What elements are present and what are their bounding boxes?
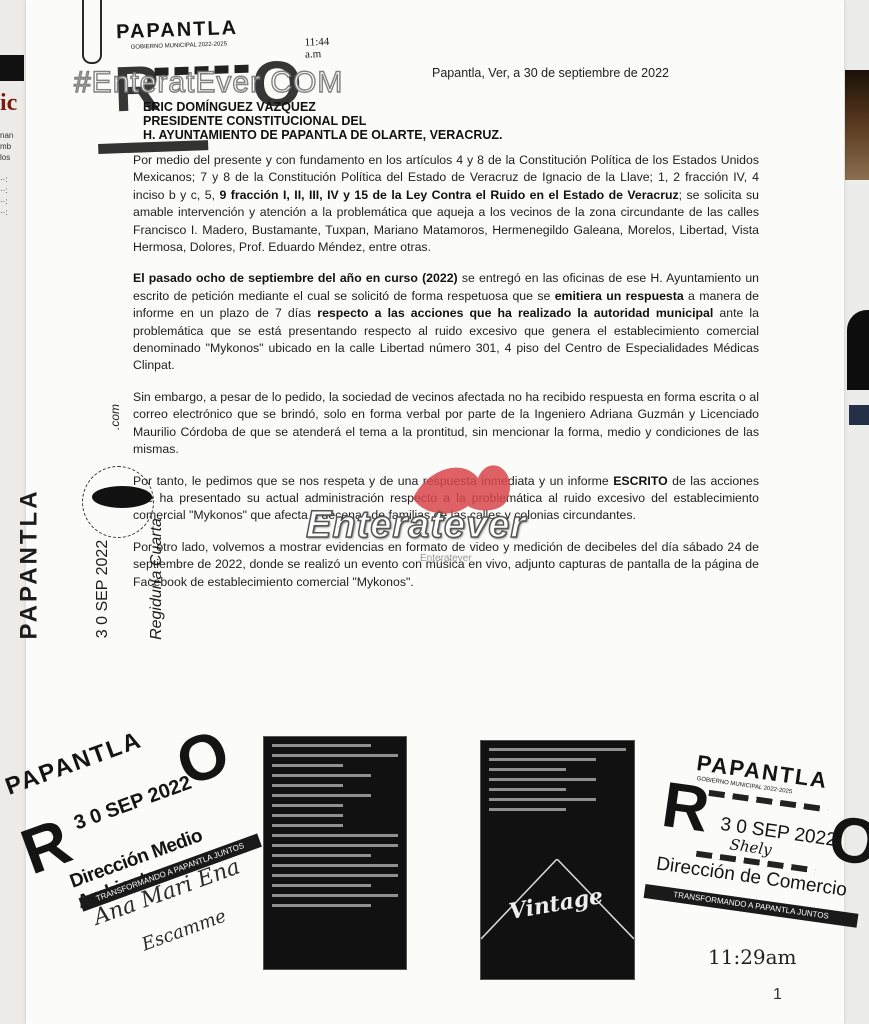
watermark-top: #EnteratEver COM [74,66,343,100]
text-line [489,788,566,791]
text-line [489,758,596,761]
paragraph-segment: 9 fracción I, II, III, IV y 15 de la Ley… [219,188,678,202]
text-line [272,844,398,847]
text-line [272,814,343,817]
addressee-title: PRESIDENTE CONSTITUCIONAL DEL [143,114,503,128]
text-line [272,894,398,897]
text-line [489,748,626,751]
stamp-email: .com [108,404,122,430]
text-line [272,864,398,867]
stamp-date: 3 0 SEP 2022 [94,540,112,638]
place-date: Papantla, Ver, a 30 de septiembre de 202… [432,66,669,80]
stamp-office: Regiduría Cuarta [148,518,166,640]
watermark-center-sub: Enteratever [420,553,472,564]
newspaper-text-fragment: nan mb los ··: ··: ··: ··: [0,130,26,218]
paragraph-segment: ESCRITO [613,474,667,488]
stamp-brand: PAPANTLA [116,17,239,44]
stamp-letter-r: R [658,772,713,842]
text-line [272,874,398,877]
text-line [272,794,371,797]
page-number: 1 [773,986,782,1004]
text-line [272,884,371,887]
text-line [489,808,566,811]
text-line [272,804,343,807]
text-line [272,754,398,757]
handwritten-time: 11:29am [708,945,797,969]
text-line [272,784,343,787]
body-paragraph: El pasado ocho de septiembre del año en … [133,270,759,374]
background-photo [847,310,869,390]
text-line [272,854,371,857]
stamp-bar [708,790,828,813]
newspaper-header-block [0,55,24,81]
paragraph-segment: respecto a las acciones que ha realizado… [317,306,713,320]
addressee-block: ERIC DOMÍNGUEZ VÁZQUEZ PRESIDENTE CONSTI… [143,100,503,142]
text-line [272,764,343,767]
text-line [489,768,566,771]
text-line [272,774,371,777]
text-line [489,778,596,781]
stamp-ink-blob [92,486,152,508]
body-paragraph: Por medio del presente y con fundamento … [133,152,759,256]
background-photo [845,70,869,180]
paragraph-segment: Por tanto, le pedimos que se nos respeta… [133,474,613,488]
watermark-center: Enteratever [306,504,526,547]
stamp-brand: PAPANTLA [16,488,44,639]
newspaper-headline-fragment: ic [0,90,24,118]
paragraph-segment: Por otro lado, volvemos a mostrar eviden… [133,540,759,589]
paragraph-segment: emitiera un respuesta [555,289,684,303]
paragraph-segment: El pasado ocho de septiembre del año en … [133,271,458,285]
stamp-letter-o: O [825,805,869,875]
stamp-date: 3 0 SEP 2022 [71,772,195,836]
body-paragraph: Sin embargo, a pesar de lo pedido, la so… [133,389,759,459]
text-line [272,904,371,907]
text-line [272,834,398,837]
paperclip-icon [82,0,102,64]
addressee-name: ERIC DOMÍNGUEZ VÁZQUEZ [143,100,503,114]
text-line [489,798,596,801]
facebook-screenshot-2: Vintage [480,740,635,980]
paragraph-segment: Sin embargo, a pesar de lo pedido, la so… [133,390,759,456]
reception-stamp-comercio: PAPANTLA GOBIERNO MUNICIPAL 2022-2025 R … [637,745,869,974]
text-line [272,744,371,747]
text-line [272,824,343,827]
facebook-screenshot-1 [263,736,407,970]
addressee-institution: H. AYUNTAMIENTO DE PAPANTLA DE OLARTE, V… [143,128,503,142]
reception-stamp-regiduria: PAPANTLA 3 0 SEP 2022 Regiduría Cuarta .… [30,430,180,670]
background-photo [849,405,869,425]
stamp-time: 11:44 a.m [304,36,329,61]
